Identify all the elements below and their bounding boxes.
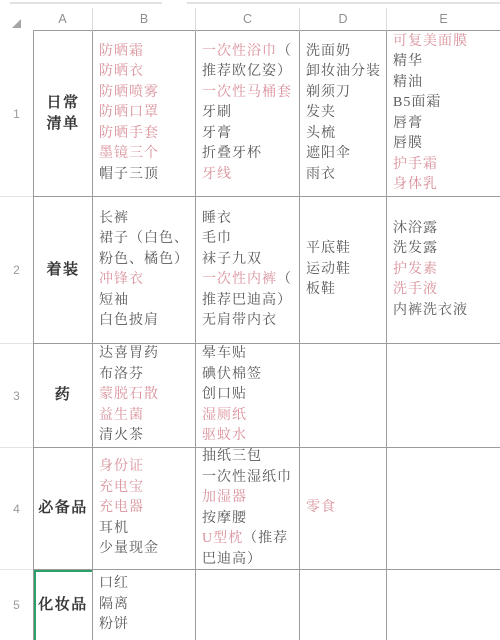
cell-line: 沐浴露 — [393, 219, 438, 240]
cell-line: 冲锋衣 — [99, 270, 144, 291]
cell-line: 遮阳伞 — [306, 144, 351, 165]
select-all-triangle-icon — [12, 19, 21, 28]
cell-line: 充电器 — [99, 498, 144, 519]
cell-line: 洗发露 — [393, 239, 438, 260]
cell-line: U型枕（推荐 — [202, 529, 288, 550]
cell-line: 一次性湿纸巾 — [202, 468, 292, 489]
cell-line: 布洛芬 — [99, 365, 144, 386]
cell-line: 一次性内裤（ — [202, 270, 292, 291]
cell-line: 帽子三顶 — [99, 165, 159, 186]
cell-line: 一次性马桶套 — [202, 83, 292, 104]
cell-E2[interactable]: 沐浴露洗发露护发素洗手液内裤洗衣液 — [387, 197, 500, 344]
column-header-a[interactable]: A — [33, 8, 93, 31]
cell-line: 粉饼 — [99, 615, 129, 636]
cell-B4[interactable]: 身份证充电宝充电器耳机少量现金 — [93, 448, 196, 570]
cell-E3[interactable] — [387, 344, 500, 448]
cell-B5[interactable]: 口红隔离粉饼 — [93, 570, 196, 640]
row-header-1[interactable]: 1 — [0, 31, 33, 197]
category-line: 化妆品 — [38, 595, 88, 616]
cell-line: 推荐欧亿姿） — [202, 62, 292, 83]
cell-B1[interactable]: 防晒霜防晒衣防晒喷雾防晒口罩防晒手套墨镜三个帽子三顶 — [93, 31, 196, 197]
cell-line: 墨镜三个 — [99, 144, 159, 165]
cell-A5[interactable]: 化妆品 — [33, 570, 93, 640]
column-header-b[interactable]: B — [93, 8, 196, 31]
sheet-grid: A B C D E 1日常清单防晒霜防晒衣防晒喷雾防晒口罩防晒手套墨镜三个帽子三… — [0, 8, 500, 640]
cell-line: 洗面奶 — [306, 42, 351, 63]
cell-line: 无肩带内衣 — [202, 311, 277, 332]
cell-C5[interactable] — [196, 570, 300, 640]
cell-line: 可复美面膜 — [393, 32, 468, 53]
cell-line: 身份证 — [99, 457, 144, 478]
cell-line: 头梳 — [306, 124, 336, 145]
cell-line: 身体乳 — [393, 175, 438, 196]
cell-line: 卸妆油分装 — [306, 62, 381, 83]
cell-line: 白色披肩 — [99, 311, 159, 332]
cell-line: 湿厕纸 — [202, 406, 247, 427]
cell-line: 少量现金 — [99, 539, 159, 560]
row-header-4[interactable]: 4 — [0, 448, 33, 570]
cell-line: 加湿器 — [202, 488, 247, 509]
cell-line: 护手霜 — [393, 155, 438, 176]
cell-line: 牙膏 — [202, 124, 232, 145]
cell-line: 裙子（白色、 — [99, 229, 189, 250]
toolbar-bottom-edge-left — [10, 2, 162, 4]
cell-line: 折叠牙杯 — [202, 144, 262, 165]
cell-line: 推荐巴迪高） — [202, 291, 292, 312]
cell-D1[interactable]: 洗面奶卸妆油分装剃须刀发夹头梳遮阳伞雨衣 — [300, 31, 387, 197]
cell-line: 毛巾 — [202, 229, 232, 250]
cell-A3[interactable]: 药 — [33, 344, 93, 448]
column-header-d[interactable]: D — [300, 8, 387, 31]
cell-line: 清火茶 — [99, 426, 144, 447]
cell-line: 益生菌 — [99, 406, 144, 427]
cell-line: 洗手液 — [393, 280, 438, 301]
cell-line: 巴迪高） — [202, 550, 262, 571]
cell-A2[interactable]: 着装 — [33, 197, 93, 344]
cell-D4[interactable]: 零食 — [300, 448, 387, 570]
cell-line: 平底鞋 — [306, 239, 351, 260]
cell-A4[interactable]: 必备品 — [33, 448, 93, 570]
cell-line: 护发素 — [393, 260, 438, 281]
cell-line: 防晒手套 — [99, 124, 159, 145]
cell-line: 粉色、橘色） — [99, 250, 189, 271]
row-header-5[interactable]: 5 — [0, 570, 33, 640]
cell-line: 零食 — [306, 498, 336, 519]
cell-E1[interactable]: 可复美面膜精华精油B5面霜唇膏唇膜护手霜身体乳 — [387, 31, 500, 197]
cell-line: 创口贴 — [202, 385, 247, 406]
cell-line: 防晒衣 — [99, 62, 144, 83]
column-header-e[interactable]: E — [387, 8, 500, 31]
cell-line: 碘伏棉签 — [202, 365, 262, 386]
cell-line: 运动鞋 — [306, 260, 351, 281]
cell-line: 充电宝 — [99, 478, 144, 499]
cell-line: 长裤 — [99, 209, 129, 230]
category-line: 日常 — [46, 93, 79, 114]
cell-line: 唇膏 — [393, 114, 423, 135]
cell-line: 内裤洗衣液 — [393, 301, 468, 322]
cell-D5[interactable] — [300, 570, 387, 640]
cell-D3[interactable] — [300, 344, 387, 448]
cell-line: 防晒喷雾 — [99, 83, 159, 104]
toolbar-bottom-edge-right — [187, 2, 500, 4]
cell-line: 蒙脱石散 — [99, 385, 159, 406]
cell-B2[interactable]: 长裤裙子（白色、粉色、橘色）冲锋衣短袖白色披肩 — [93, 197, 196, 344]
cell-line: 防晒口罩 — [99, 103, 159, 124]
cell-D2[interactable]: 平底鞋运动鞋板鞋 — [300, 197, 387, 344]
cell-C2[interactable]: 睡衣毛巾袜子九双一次性内裤（推荐巴迪高）无肩带内衣 — [196, 197, 300, 344]
cell-C4[interactable]: 抽纸三包一次性湿纸巾加湿器按摩腰U型枕（推荐巴迪高） — [196, 448, 300, 570]
cell-C3[interactable]: 晕车贴碘伏棉签创口贴湿厕纸驱蚊水 — [196, 344, 300, 448]
cell-line: 晕车贴 — [202, 344, 247, 365]
cell-line: 剃须刀 — [306, 83, 351, 104]
cell-C1[interactable]: 一次性浴巾（推荐欧亿姿）一次性马桶套牙刷牙膏折叠牙杯牙线 — [196, 31, 300, 197]
cell-line: 按摩腰 — [202, 509, 247, 530]
row-header-3[interactable]: 3 — [0, 344, 33, 448]
cell-line: 雨衣 — [306, 165, 336, 186]
cell-B3[interactable]: 达喜胃药布洛芬蒙脱石散益生菌清火茶 — [93, 344, 196, 448]
cell-line: 板鞋 — [306, 280, 336, 301]
cell-line: 耳机 — [99, 519, 129, 540]
category-line: 清单 — [46, 114, 79, 135]
category-line: 着装 — [46, 260, 79, 281]
cell-line: 抽纸三包 — [202, 448, 262, 468]
cell-line: 发夹 — [306, 103, 336, 124]
cell-line: 驱蚊水 — [202, 426, 247, 447]
cell-line: 隔离 — [99, 595, 129, 616]
select-all-corner[interactable] — [0, 8, 33, 31]
cell-line: 短袖 — [99, 291, 129, 312]
category-line: 药 — [55, 385, 72, 406]
spreadsheet-screen: A B C D E 1日常清单防晒霜防晒衣防晒喷雾防晒口罩防晒手套墨镜三个帽子三… — [0, 0, 500, 640]
cell-A1[interactable]: 日常清单 — [33, 31, 93, 197]
column-header-c[interactable]: C — [196, 8, 300, 31]
cell-line: 一次性浴巾（ — [202, 42, 292, 63]
cell-line: 牙刷 — [202, 103, 232, 124]
cell-line: 唇膜 — [393, 134, 423, 155]
cell-line: 精华 — [393, 52, 423, 73]
cell-E4[interactable] — [387, 448, 500, 570]
cell-line: 防晒霜 — [99, 42, 144, 63]
cell-line: 达喜胃药 — [99, 344, 159, 365]
cell-line: 袜子九双 — [202, 250, 262, 271]
cell-line: 精油 — [393, 73, 423, 94]
cell-line: 睡衣 — [202, 209, 232, 230]
category-line: 必备品 — [38, 498, 88, 519]
row-header-2[interactable]: 2 — [0, 197, 33, 344]
cell-E5[interactable] — [387, 570, 500, 640]
cell-line: B5面霜 — [393, 93, 441, 114]
cell-line: 牙线 — [202, 165, 232, 186]
cell-line: 口红 — [99, 574, 129, 595]
